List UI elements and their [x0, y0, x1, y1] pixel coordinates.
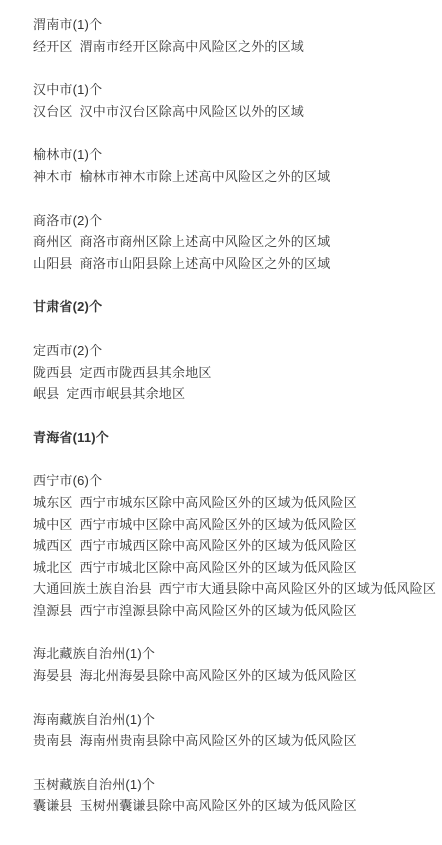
- area-entry: 商州区商洛市商州区除上述高中风险区之外的区域: [33, 231, 427, 253]
- area-entry: 海晏县海北州海晏县除中高风险区外的区域为低风险区: [33, 665, 427, 687]
- city-group-title: 商洛市(2)个: [33, 210, 427, 232]
- risk-area-document: 渭南市(1)个 经开区渭南市经开区除高中风险区之外的区域 汉中市(1)个 汉台区…: [0, 0, 442, 817]
- area-entry: 岷县定西市岷县其余地区: [33, 383, 427, 405]
- district-name: 岷县: [33, 386, 59, 401]
- section-haibei: 海北藏族自治州(1)个 海晏县海北州海晏县除中高风险区外的区域为低风险区: [33, 643, 427, 686]
- area-description: 渭南市经开区除高中风险区之外的区域: [80, 39, 304, 54]
- area-entry: 山阳县商洛市山阳县除上述高中风险区之外的区域: [33, 253, 427, 275]
- district-name: 城北区: [33, 560, 73, 575]
- city-group-title: 汉中市(1)个: [33, 79, 427, 101]
- district-name: 城中区: [33, 517, 73, 532]
- area-description: 海北州海晏县除中高风险区外的区域为低风险区: [80, 668, 357, 683]
- city-group-title: 海南藏族自治州(1)个: [33, 709, 427, 731]
- section-hainan-prefecture: 海南藏族自治州(1)个 贵南县海南州贵南县除中高风险区外的区域为低风险区: [33, 709, 427, 752]
- area-description: 西宁市城北区除中高风险区外的区域为低风险区: [80, 560, 357, 575]
- area-entry: 城东区西宁市城东区除中高风险区外的区域为低风险区: [33, 492, 427, 514]
- city-group-title: 渭南市(1)个: [33, 14, 427, 36]
- area-description: 西宁市城西区除中高风险区外的区域为低风险区: [80, 538, 357, 553]
- area-entry: 城北区西宁市城北区除中高风险区外的区域为低风险区: [33, 557, 427, 579]
- city-group-title: 西宁市(6)个: [33, 470, 427, 492]
- area-description: 定西市岷县其余地区: [66, 386, 185, 401]
- district-name: 汉台区: [33, 104, 73, 119]
- area-description: 海南州贵南县除中高风险区外的区域为低风险区: [80, 733, 357, 748]
- province-header-title: 甘肃省(2)个: [33, 296, 427, 318]
- area-description: 西宁市城东区除中高风险区外的区域为低风险区: [80, 495, 357, 510]
- area-description: 榆林市神木市除上述高中风险区之外的区域: [80, 169, 331, 184]
- area-entry: 大通回族土族自治县西宁市大通县除中高风险区外的区域为低风险区: [33, 578, 427, 600]
- area-entry: 囊谦县玉树州囊谦县除中高风险区外的区域为低风险区: [33, 795, 427, 817]
- city-group-title: 定西市(2)个: [33, 340, 427, 362]
- area-entry: 贵南县海南州贵南县除中高风险区外的区域为低风险区: [33, 730, 427, 752]
- area-entry: 城西区西宁市城西区除中高风险区外的区域为低风险区: [33, 535, 427, 557]
- district-name: 海晏县: [33, 668, 73, 683]
- area-entry: 城中区西宁市城中区除中高风险区外的区域为低风险区: [33, 514, 427, 536]
- section-shangluo: 商洛市(2)个 商州区商洛市商州区除上述高中风险区之外的区域 山阳县商洛市山阳县…: [33, 210, 427, 275]
- area-description: 定西市陇西县其余地区: [80, 365, 212, 380]
- area-entry: 经开区渭南市经开区除高中风险区之外的区域: [33, 36, 427, 58]
- area-entry: 湟源县西宁市湟源县除中高风险区外的区域为低风险区: [33, 600, 427, 622]
- city-group-title: 榆林市(1)个: [33, 144, 427, 166]
- district-name: 大通回族土族自治县: [33, 581, 152, 596]
- district-name: 神木市: [33, 169, 73, 184]
- section-dingxi: 定西市(2)个 陇西县定西市陇西县其余地区 岷县定西市岷县其余地区: [33, 340, 427, 405]
- district-name: 湟源县: [33, 603, 73, 618]
- district-name: 商州区: [33, 234, 73, 249]
- area-description: 西宁市大通县除中高风险区外的区域为低风险区: [159, 581, 436, 596]
- area-description: 汉中市汉台区除高中风险区以外的区域: [80, 104, 304, 119]
- area-description: 西宁市城中区除中高风险区外的区域为低风险区: [80, 517, 357, 532]
- section-yushu: 玉树藏族自治州(1)个 囊谦县玉树州囊谦县除中高风险区外的区域为低风险区: [33, 774, 427, 817]
- district-name: 山阳县: [33, 256, 73, 271]
- section-hanzhong: 汉中市(1)个 汉台区汉中市汉台区除高中风险区以外的区域: [33, 79, 427, 122]
- area-entry: 陇西县定西市陇西县其余地区: [33, 362, 427, 384]
- district-name: 经开区: [33, 39, 73, 54]
- area-entry: 汉台区汉中市汉台区除高中风险区以外的区域: [33, 101, 427, 123]
- district-name: 贵南县: [33, 733, 73, 748]
- city-group-title: 海北藏族自治州(1)个: [33, 643, 427, 665]
- area-description: 商洛市商州区除上述高中风险区之外的区域: [80, 234, 331, 249]
- area-description: 玉树州囊谦县除中高风险区外的区域为低风险区: [80, 798, 357, 813]
- section-yulin: 榆林市(1)个 神木市榆林市神木市除上述高中风险区之外的区域: [33, 144, 427, 187]
- district-name: 城西区: [33, 538, 73, 553]
- province-header-title: 青海省(11)个: [33, 427, 427, 449]
- section-qinghai-header: 青海省(11)个: [33, 427, 427, 449]
- area-description: 商洛市山阳县除上述高中风险区之外的区域: [80, 256, 331, 271]
- district-name: 陇西县: [33, 365, 73, 380]
- district-name: 囊谦县: [33, 798, 73, 813]
- section-xining: 西宁市(6)个 城东区西宁市城东区除中高风险区外的区域为低风险区 城中区西宁市城…: [33, 470, 427, 621]
- section-gansu-header: 甘肃省(2)个: [33, 296, 427, 318]
- district-name: 城东区: [33, 495, 73, 510]
- section-weinan: 渭南市(1)个 经开区渭南市经开区除高中风险区之外的区域: [33, 14, 427, 57]
- city-group-title: 玉树藏族自治州(1)个: [33, 774, 427, 796]
- area-description: 西宁市湟源县除中高风险区外的区域为低风险区: [80, 603, 357, 618]
- area-entry: 神木市榆林市神木市除上述高中风险区之外的区域: [33, 166, 427, 188]
